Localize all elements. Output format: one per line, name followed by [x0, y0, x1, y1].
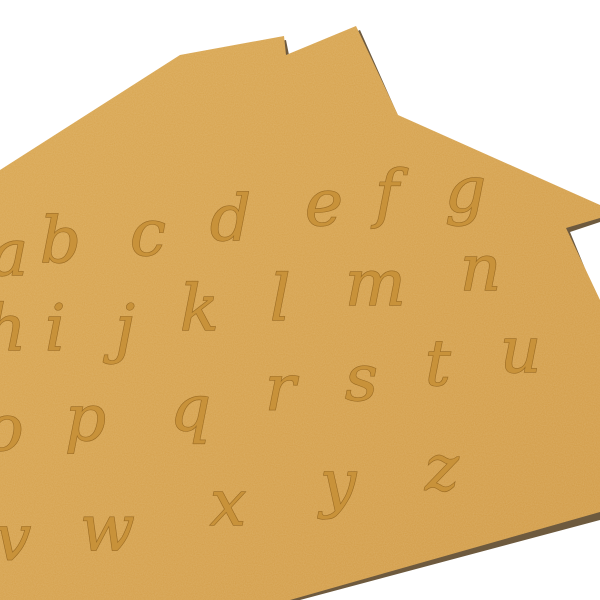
- letter-z: z: [424, 432, 460, 506]
- letter-l: l: [270, 262, 290, 336]
- photo-scene: a b c d e f g h i j k l m n o p q r s t …: [0, 0, 600, 600]
- letter-x: x: [210, 467, 246, 541]
- letter-h: h: [0, 292, 26, 366]
- letter-o: o: [0, 392, 24, 466]
- letter-d: d: [210, 182, 251, 256]
- letter-i: i: [45, 292, 65, 366]
- letter-m: m: [345, 247, 406, 321]
- letter-v: v: [0, 502, 31, 576]
- letter-u: u: [500, 314, 541, 388]
- letter-y: y: [317, 447, 357, 521]
- letter-e: e: [305, 167, 343, 241]
- letter-w: w: [80, 492, 135, 566]
- letter-k: k: [180, 272, 219, 346]
- letter-n: n: [460, 232, 501, 306]
- letter-a: a: [0, 217, 28, 291]
- letter-p: p: [65, 382, 106, 456]
- letter-s: s: [345, 342, 378, 416]
- letter-t: t: [425, 327, 451, 401]
- letter-b: b: [40, 204, 81, 278]
- letter-g: g: [445, 154, 486, 228]
- letter-r: r: [265, 352, 299, 426]
- letter-q: q: [170, 372, 211, 446]
- letter-c: c: [130, 197, 166, 271]
